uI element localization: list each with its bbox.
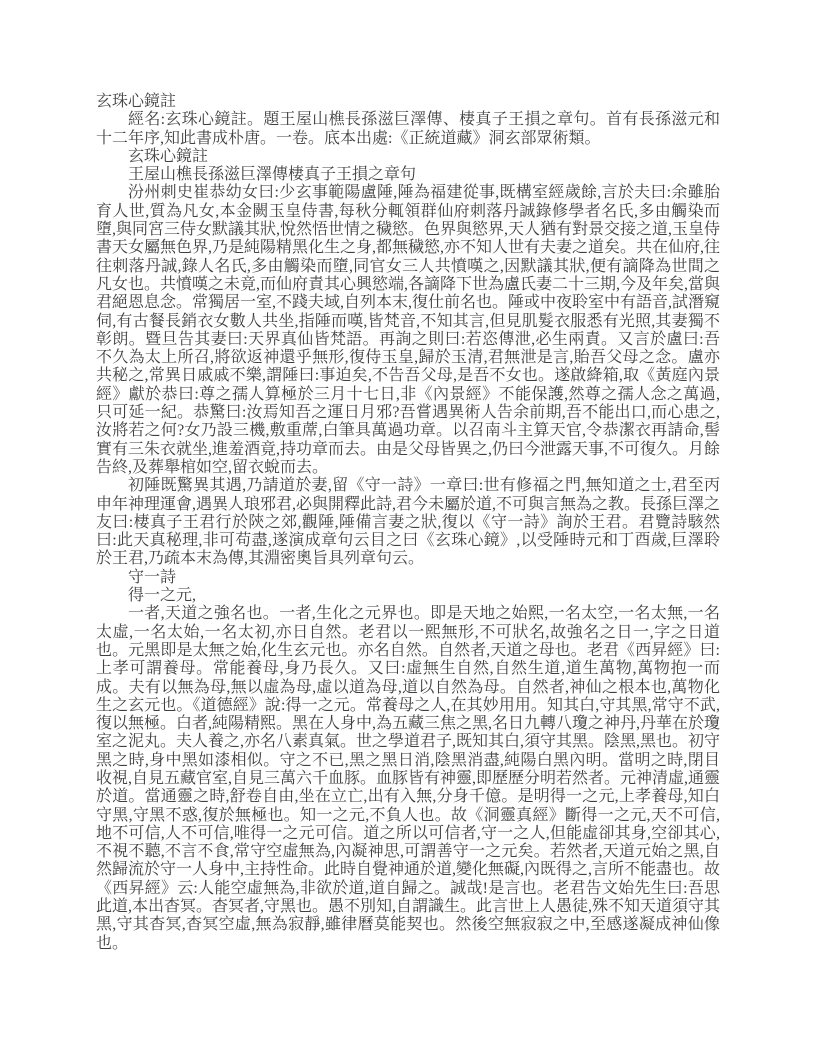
preface-paragraph-2: 初陲既驚異其遇,乃請道於妻,留《守一詩》一章曰:世有修福之門,無知道之士,君至丙…	[96, 477, 720, 568]
verse-line: 得一之元,	[96, 587, 720, 605]
commentary-paragraph: 一者,天道之強名也。一者,生化之元界也。即是天地之始熙,一名太空,一名太無,一名…	[96, 605, 720, 953]
document-text-block: 玄珠心鏡註 經名:玄珠心鏡註。題王屋山樵長孫滋巨澤傳、棲真子王損之章句。首有長孫…	[96, 93, 720, 953]
attribution-line: 王屋山樵長孫滋巨澤傳棲真子王損之章句	[96, 166, 720, 184]
document-page: 玄珠心鏡註 經名:玄珠心鏡註。題王屋山樵長孫滋巨澤傳、棲真子王損之章句。首有長孫…	[0, 0, 816, 1056]
inner-title-line: 玄珠心鏡註	[96, 148, 720, 166]
bibliographic-note-paragraph: 經名:玄珠心鏡註。題王屋山樵長孫滋巨澤傳、棲真子王損之章句。首有長孫滋元和十二年…	[96, 111, 720, 148]
section-heading-shouyi-poem: 守一詩	[96, 569, 720, 587]
preface-paragraph-1: 汾州刺史崔恭幼女曰:少玄事範陽盧陲,陲為福建從事,既構室經歲餘,言於夫曰:余雖胎…	[96, 184, 720, 477]
document-title-line: 玄珠心鏡註	[96, 93, 720, 111]
